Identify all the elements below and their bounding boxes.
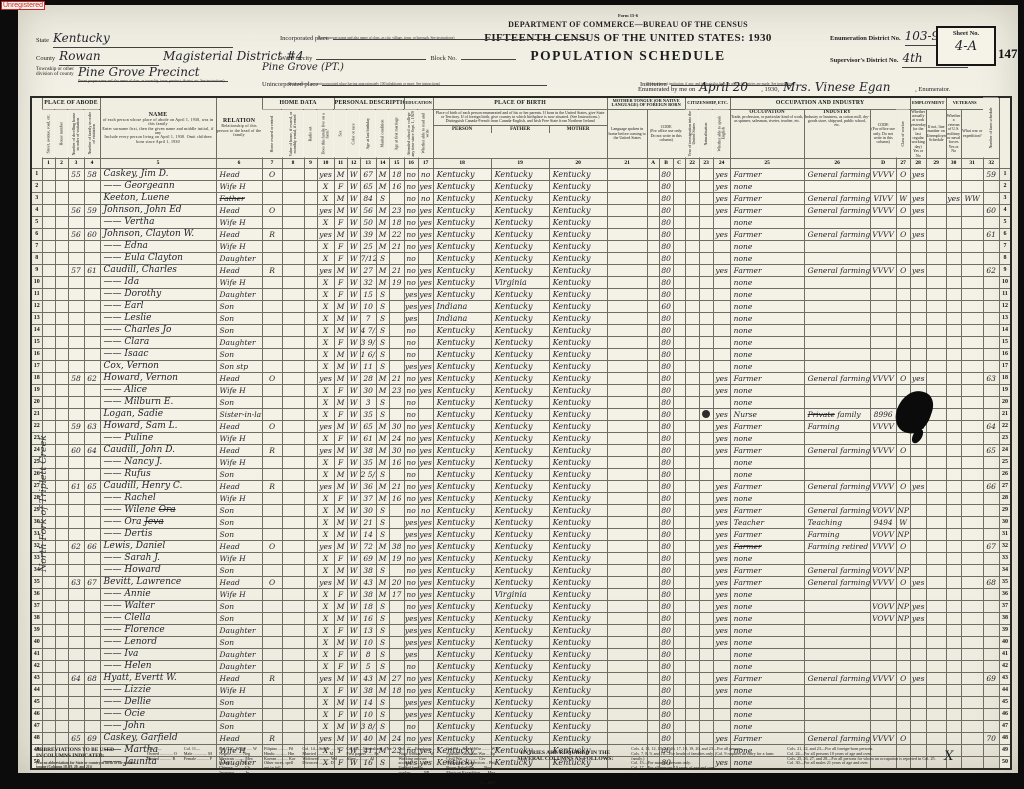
census-table: PLACE OF ABODENAMEof each person whose p…: [30, 96, 1012, 770]
col-farm-schedule: Number of farm schedule: [983, 97, 999, 158]
print-code: 11—6927: [480, 780, 496, 785]
group-personal: PERSONAL DESCRIPTION: [334, 97, 404, 109]
abbrev-block: Col. 23—Naturalized .. Na First papers .…: [346, 747, 391, 776]
table-row: 44—— LizzieWife HXFW38M18noyesKentuckyKe…: [31, 684, 1011, 696]
table-row: 41—— IvaDaughterXFW8SyesKentuckyKentucky…: [31, 648, 1011, 660]
table-row: 37—— WalterSonXMW18SnoyesKentuckyKentuck…: [31, 600, 1011, 612]
group-education: EDUCATION: [404, 97, 433, 109]
enumerated-label: Enumerated by me on: [638, 86, 695, 93]
abbrev-block: Col. 7— Owned ............ O Rented ....…: [147, 747, 177, 776]
footer-abbreviations: ABBREVIATIONS TO BE USED IN COLUMNS INDI…: [36, 747, 1010, 776]
enumeration-year: , 1930,: [761, 86, 779, 93]
state-value: Kentucky: [53, 31, 110, 45]
table-row: 47—— JohnSonXMW3 8/12SnoKentuckyKentucky…: [31, 720, 1011, 732]
county-label: County: [36, 55, 55, 62]
table-row: 436468Hyatt, Evertt W.HeadRyesMW43M27noy…: [31, 672, 1011, 684]
table-row: 276165Caudill, Henry C.HeadRyesMW36M21no…: [31, 480, 1011, 492]
group-home: HOME DATA: [262, 97, 334, 109]
ed-label: Enumeration District No.: [830, 35, 901, 42]
ward-value: Pine Grove (PT.): [262, 62, 344, 73]
table-row: 39—— FlorenceDaughterXFW13SyesyesKentuck…: [31, 624, 1011, 636]
sd-label: Supervisor's District No.: [830, 57, 898, 64]
enumeration-date: April 20: [699, 80, 748, 94]
unincorporated-hint: (Enter name of any unincorporated place …: [288, 82, 578, 86]
incorporated-hint: (Insert proper name and also name of cla…: [318, 36, 598, 40]
township-label: Township or other division of county: [36, 67, 74, 78]
table-row: 33—— Sarah J.Wife HXFW69M19noyesKentucky…: [31, 552, 1011, 564]
table-row: 65660Johnson, Clayton W.HeadRyesMW39M22n…: [31, 228, 1011, 240]
enumerator-name: Mrs. Vinese Egan: [783, 80, 890, 94]
table-row: 17Cox, VernonSon stpXMW11SyesyesKentucky…: [31, 360, 1011, 372]
table-row: 30—— Ora JevaSonXMW21SyesyesKentuckyKent…: [31, 516, 1011, 528]
table-row: 13—— LeslieSonXMW7SyesIndianaKentuckyKen…: [31, 312, 1011, 324]
ink-dot: [702, 410, 710, 418]
state-label: State: [36, 37, 49, 44]
form-number: Form 15-6: [448, 13, 808, 18]
abbrev-note: (Use no abbreviations for State or count…: [36, 761, 140, 769]
table-row: 25—— Nancy J.Wife HXFW35M16noyesKentucky…: [31, 456, 1011, 468]
county-value: Rowan: [59, 49, 100, 63]
group-birth: PLACE OF BIRTH: [433, 97, 607, 109]
group-relation: RELATIONRelationship of this person to t…: [216, 97, 262, 158]
enumerator-suffix: , Enumerator.: [915, 86, 950, 93]
table-row: 246064Caudill, John D.HeadRyesMW38M30noy…: [31, 444, 1011, 456]
table-row: 486569Caskey, GarfieldHeadRyesMW40M24noy…: [31, 732, 1011, 744]
table-row: 356367Bevitt, LawrenceHeadOyesMW43M20noy…: [31, 576, 1011, 588]
table-row: 19—— AliceWife HXFW30M23noyesKentuckyKen…: [31, 384, 1011, 396]
table-row: 14—— Charles JoSonXMW4 7/12SnoKentuckyKe…: [31, 324, 1011, 336]
abbrev-blocks: Col. 7— Owned ............ O Rented ....…: [147, 747, 499, 776]
group-employment: EMPLOYMENT: [910, 97, 946, 109]
table-row: 38—— ClellaSonXMW16SyesyesKentuckyKentuc…: [31, 612, 1011, 624]
table-row: 11—— DorothyDaughterXFW15SyesyesKentucky…: [31, 288, 1011, 300]
table-row: 15—— ClaraDaughterXFW3 9/12SnoKentuckyKe…: [31, 336, 1011, 348]
table-row: 3Keeton, LueneFatherXMW84SnonoKentuckyKe…: [31, 192, 1011, 204]
abbrev-block: Col. 12—White ..... W Negro ........... …: [219, 747, 257, 776]
township-hint: (Insert proper name and also name of cla…: [78, 79, 278, 83]
entries-block: Cols. 21, 22, and 23—For all foreign-bor…: [787, 747, 937, 771]
table-row: 12—— EarlSonXMW10SyesyesIndianaKentuckyK…: [31, 300, 1011, 312]
table-row: 46—— OcieDaughterXFW10SyesyesKentuckyKen…: [31, 708, 1011, 720]
table-row: 42—— HelenDaughterXFW5SnoKentuckyKentuck…: [31, 660, 1011, 672]
table-row: 225963Howard, Sam L.HeadOyesMW65M30noyes…: [31, 420, 1011, 432]
table-row: 16—— IsaacSonXMW1 6/12SnoKentuckyKentuck…: [31, 348, 1011, 360]
table-row: 36—— AnnieWife HXFW38M17noyesKentuckyVir…: [31, 588, 1011, 600]
table-row: 95761Caudill, CharlesHeadRyesMW27M21noye…: [31, 264, 1011, 276]
township-value: Pine Grove Precinct: [78, 65, 200, 79]
group-veterans: VETERANS: [946, 97, 983, 109]
table-row: 23—— PulineWife HXFW61M24noyesKentuckyKe…: [31, 432, 1011, 444]
abbrev-block: Col. 27—Employer ... E Wage worker .....…: [398, 747, 439, 776]
group-tongue: MOTHER TONGUE (OR NATIVE LANGUAGE) OF FO…: [607, 97, 685, 109]
table-row: 15558Caskey, Jim D.HeadOyesMW67M18nonoKe…: [31, 168, 1011, 180]
abbrev-block: Col. 14—Single ..... S Married .........…: [302, 747, 339, 776]
state-field: State Kentucky: [36, 29, 233, 48]
table-row: 26—— RufusSonXMW2 5/12SnoKentuckyKentuck…: [31, 468, 1011, 480]
table-row: 45659Johnson, John EdHeadOyesMW56M23noye…: [31, 204, 1011, 216]
group-name: NAMEof each person whose place of abode …: [100, 97, 216, 158]
block-label: Block No.: [430, 55, 457, 62]
group-occupation: OCCUPATION AND INDUSTRY: [730, 97, 910, 109]
table-row: 34—— HowardSonXMW38SnoyesKentuckyKentuck…: [31, 564, 1011, 576]
unregistered-watermark: Unregistered: [1, 1, 45, 10]
abbrev-block: Col. 11— Male ............. M Female ...…: [184, 747, 212, 776]
group-abode: PLACE OF ABODE: [42, 97, 100, 109]
abbrev-block: Filipino ......... Fil Hindu ...........…: [264, 747, 295, 776]
table-row: 31—— DertisSonXMW14SyesyesKentuckyKentuc…: [31, 528, 1011, 540]
table-row: 21Logan, SadieSister-in-lawXFW35SnoKentu…: [31, 408, 1011, 420]
footer-check-mark: X: [944, 749, 953, 764]
sd-value: 4th: [902, 51, 922, 65]
abbrev-title: ABBREVIATIONS TO BE USED IN COLUMNS INDI…: [36, 747, 140, 769]
entries-title: ENTRIES ARE REQUIRED IN THE SEVERAL COLU…: [506, 750, 624, 762]
census-scan-page: { "watermark": "Unregistered", "form": {…: [0, 0, 1024, 789]
table-row: 7—— EdnaWife HXFW25M21noyesKentuckyKentu…: [31, 240, 1011, 252]
entries-blocks: Cols. 4, 11, 12, 13, 14, 16, 17, 18, 19,…: [631, 747, 937, 771]
page-stamp: 147: [998, 46, 1018, 62]
table-row: 326266Lewis, DanielHeadOyesMW72M38noyesK…: [31, 540, 1011, 552]
table-row: 29—— Wilene OraSonXMW30SnonoKentuckyKent…: [31, 504, 1011, 516]
table-row: 185862Howard, VernonHeadOyesMW28M21noyes…: [31, 372, 1011, 384]
table-row: 45—— DellieSonXMW14SyesyesKentuckyKentuc…: [31, 696, 1011, 708]
line-col-head-right: [999, 97, 1011, 168]
line-col-head: [31, 97, 42, 168]
entries-block: Cols. 4, 11, 12, 13, 14, 16, 17, 18, 19,…: [631, 747, 781, 771]
table-row: 8—— Eula ClaytonDaughterXFW7/12SnoKentuc…: [31, 252, 1011, 264]
sheet-number-box: Sheet No. 4-A: [936, 26, 996, 66]
sheet-value: 4-A: [938, 39, 994, 54]
table-wrap: PLACE OF ABODENAMEof each person whose p…: [30, 96, 1012, 770]
sheet-label: Sheet No.: [938, 30, 994, 37]
abbrev-block: Col. 31—World War ........ WW Spanish-Am…: [446, 747, 499, 776]
table-row: 40—— LenordSonXMW10SyesyesKentuckyKentuc…: [31, 636, 1011, 648]
group-citizenship: CITIZENSHIP, ETC.: [685, 97, 730, 109]
enumerated-field: Enumerated by me on April 20 , 1930, Mrs…: [638, 78, 950, 97]
table-row: 5—— VerthaWife HXFW50M18noyesKentuckyKen…: [31, 216, 1011, 228]
table-row: 10—— IdaWife HXFW32M19noyesKentuckyVirgi…: [31, 276, 1011, 288]
table-row: 28—— RachelWife HXFW37M16noyesKentuckyKe…: [31, 492, 1011, 504]
table-row: 2—— GeorgeannWife HXFW65M16noyesKentucky…: [31, 180, 1011, 192]
table-row: 20—— Milburn E.SonXMW3SnoKentuckyKentuck…: [31, 396, 1011, 408]
